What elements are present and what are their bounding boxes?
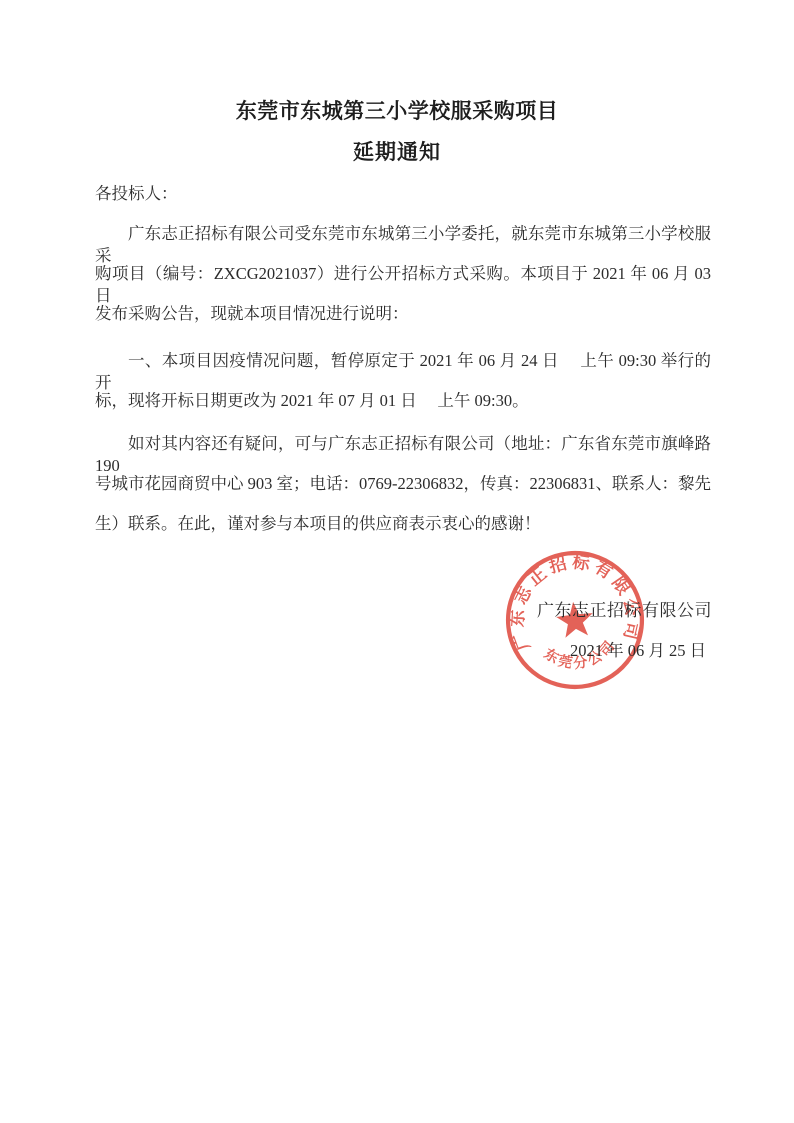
body-line: 标，现将开标日期更改为 2021 年 07 月 01 日 上午 09:30。 xyxy=(95,390,711,412)
body-line: 如对其内容还有疑问，可与广东志正招标有限公司（地址：广东省东莞市旗峰路 190 xyxy=(95,433,711,477)
body-line: 发布采购公告，现就本项目情况进行说明： xyxy=(95,303,711,325)
salutation: 各投标人： xyxy=(95,183,711,205)
body-line: 生）联系。在此，谨对参与本项目的供应商表示衷心的感谢！ xyxy=(95,513,711,535)
signature-company: 广东志正招标有限公司 xyxy=(537,596,712,621)
body-line: 广东志正招标有限公司受东莞市东城第三小学委托，就东莞市东城第三小学校服采 xyxy=(95,223,711,267)
page-subtitle: 延期通知 xyxy=(0,136,794,166)
body-line: 购项目（编号：ZXCG2021037）进行公开招标方式采购。本项目于 2021 … xyxy=(95,263,711,307)
document-page: 东莞市东城第三小学校服采购项目 延期通知 各投标人： 广东志正招标有限公司受东莞… xyxy=(0,0,794,1123)
signature-date: 2021 年 06 月 25 日 xyxy=(570,637,706,661)
body-line: 一、本项目因疫情况问题，暂停原定于 2021 年 06 月 24 日 上午 09… xyxy=(95,350,711,394)
page-title: 东莞市东城第三小学校服采购项目 xyxy=(0,95,794,125)
body-line: 号城市花园商贸中心 903 室；电话：0769-22306832，传真：2230… xyxy=(95,473,711,495)
